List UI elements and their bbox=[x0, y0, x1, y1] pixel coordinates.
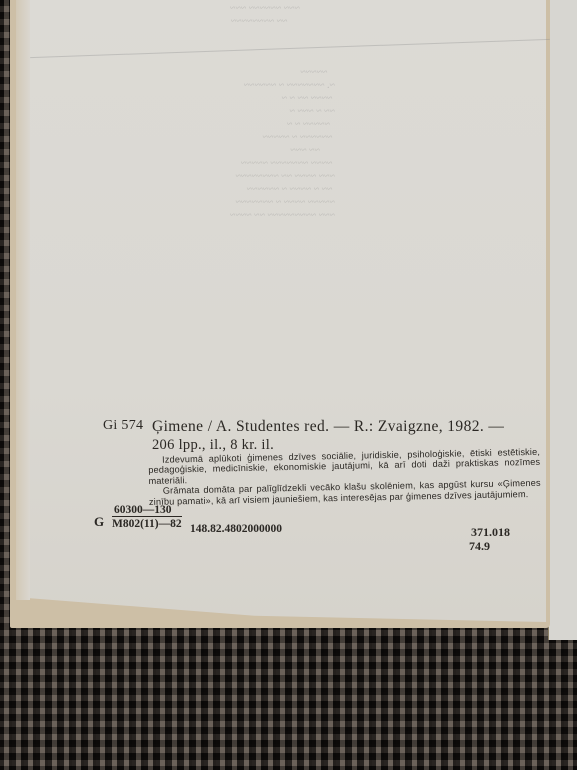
udc-classification: 371.018 bbox=[471, 525, 510, 540]
page-gutter bbox=[16, 0, 30, 600]
title-statement: Ģimene / A. Studentes red. — R.: Zvaigzn… bbox=[152, 418, 504, 436]
price-code-fraction: 60300—130 M802(11)—82 bbox=[112, 504, 182, 530]
abstract: Izdevumā aplūkoti ģimenes dzīves sociāli… bbox=[148, 447, 541, 507]
call-number: Gi 574 bbox=[103, 418, 143, 434]
fraction-denominator: M802(11)—82 bbox=[112, 516, 182, 530]
physical-description: 206 lpp., il., 8 kr. il. bbox=[152, 437, 274, 454]
fraction-numerator: 60300—130 bbox=[112, 504, 182, 516]
facing-page-edge bbox=[548, 0, 577, 640]
bleed-through-text: ~~~~~ ~. ~~~~~~~ ~ ~~~~~~ ~~~~ ~~ ~ ~ ~~… bbox=[230, 66, 337, 222]
bleed-through-text: ~~~ ~~~~~~ ~~~ ~~ ~~~~~~~~ bbox=[230, 2, 300, 28]
bbk-classification: 74.9 bbox=[469, 539, 490, 554]
publishing-code: 148.82.4802000000 bbox=[190, 523, 282, 535]
g-mark: G bbox=[94, 514, 104, 530]
